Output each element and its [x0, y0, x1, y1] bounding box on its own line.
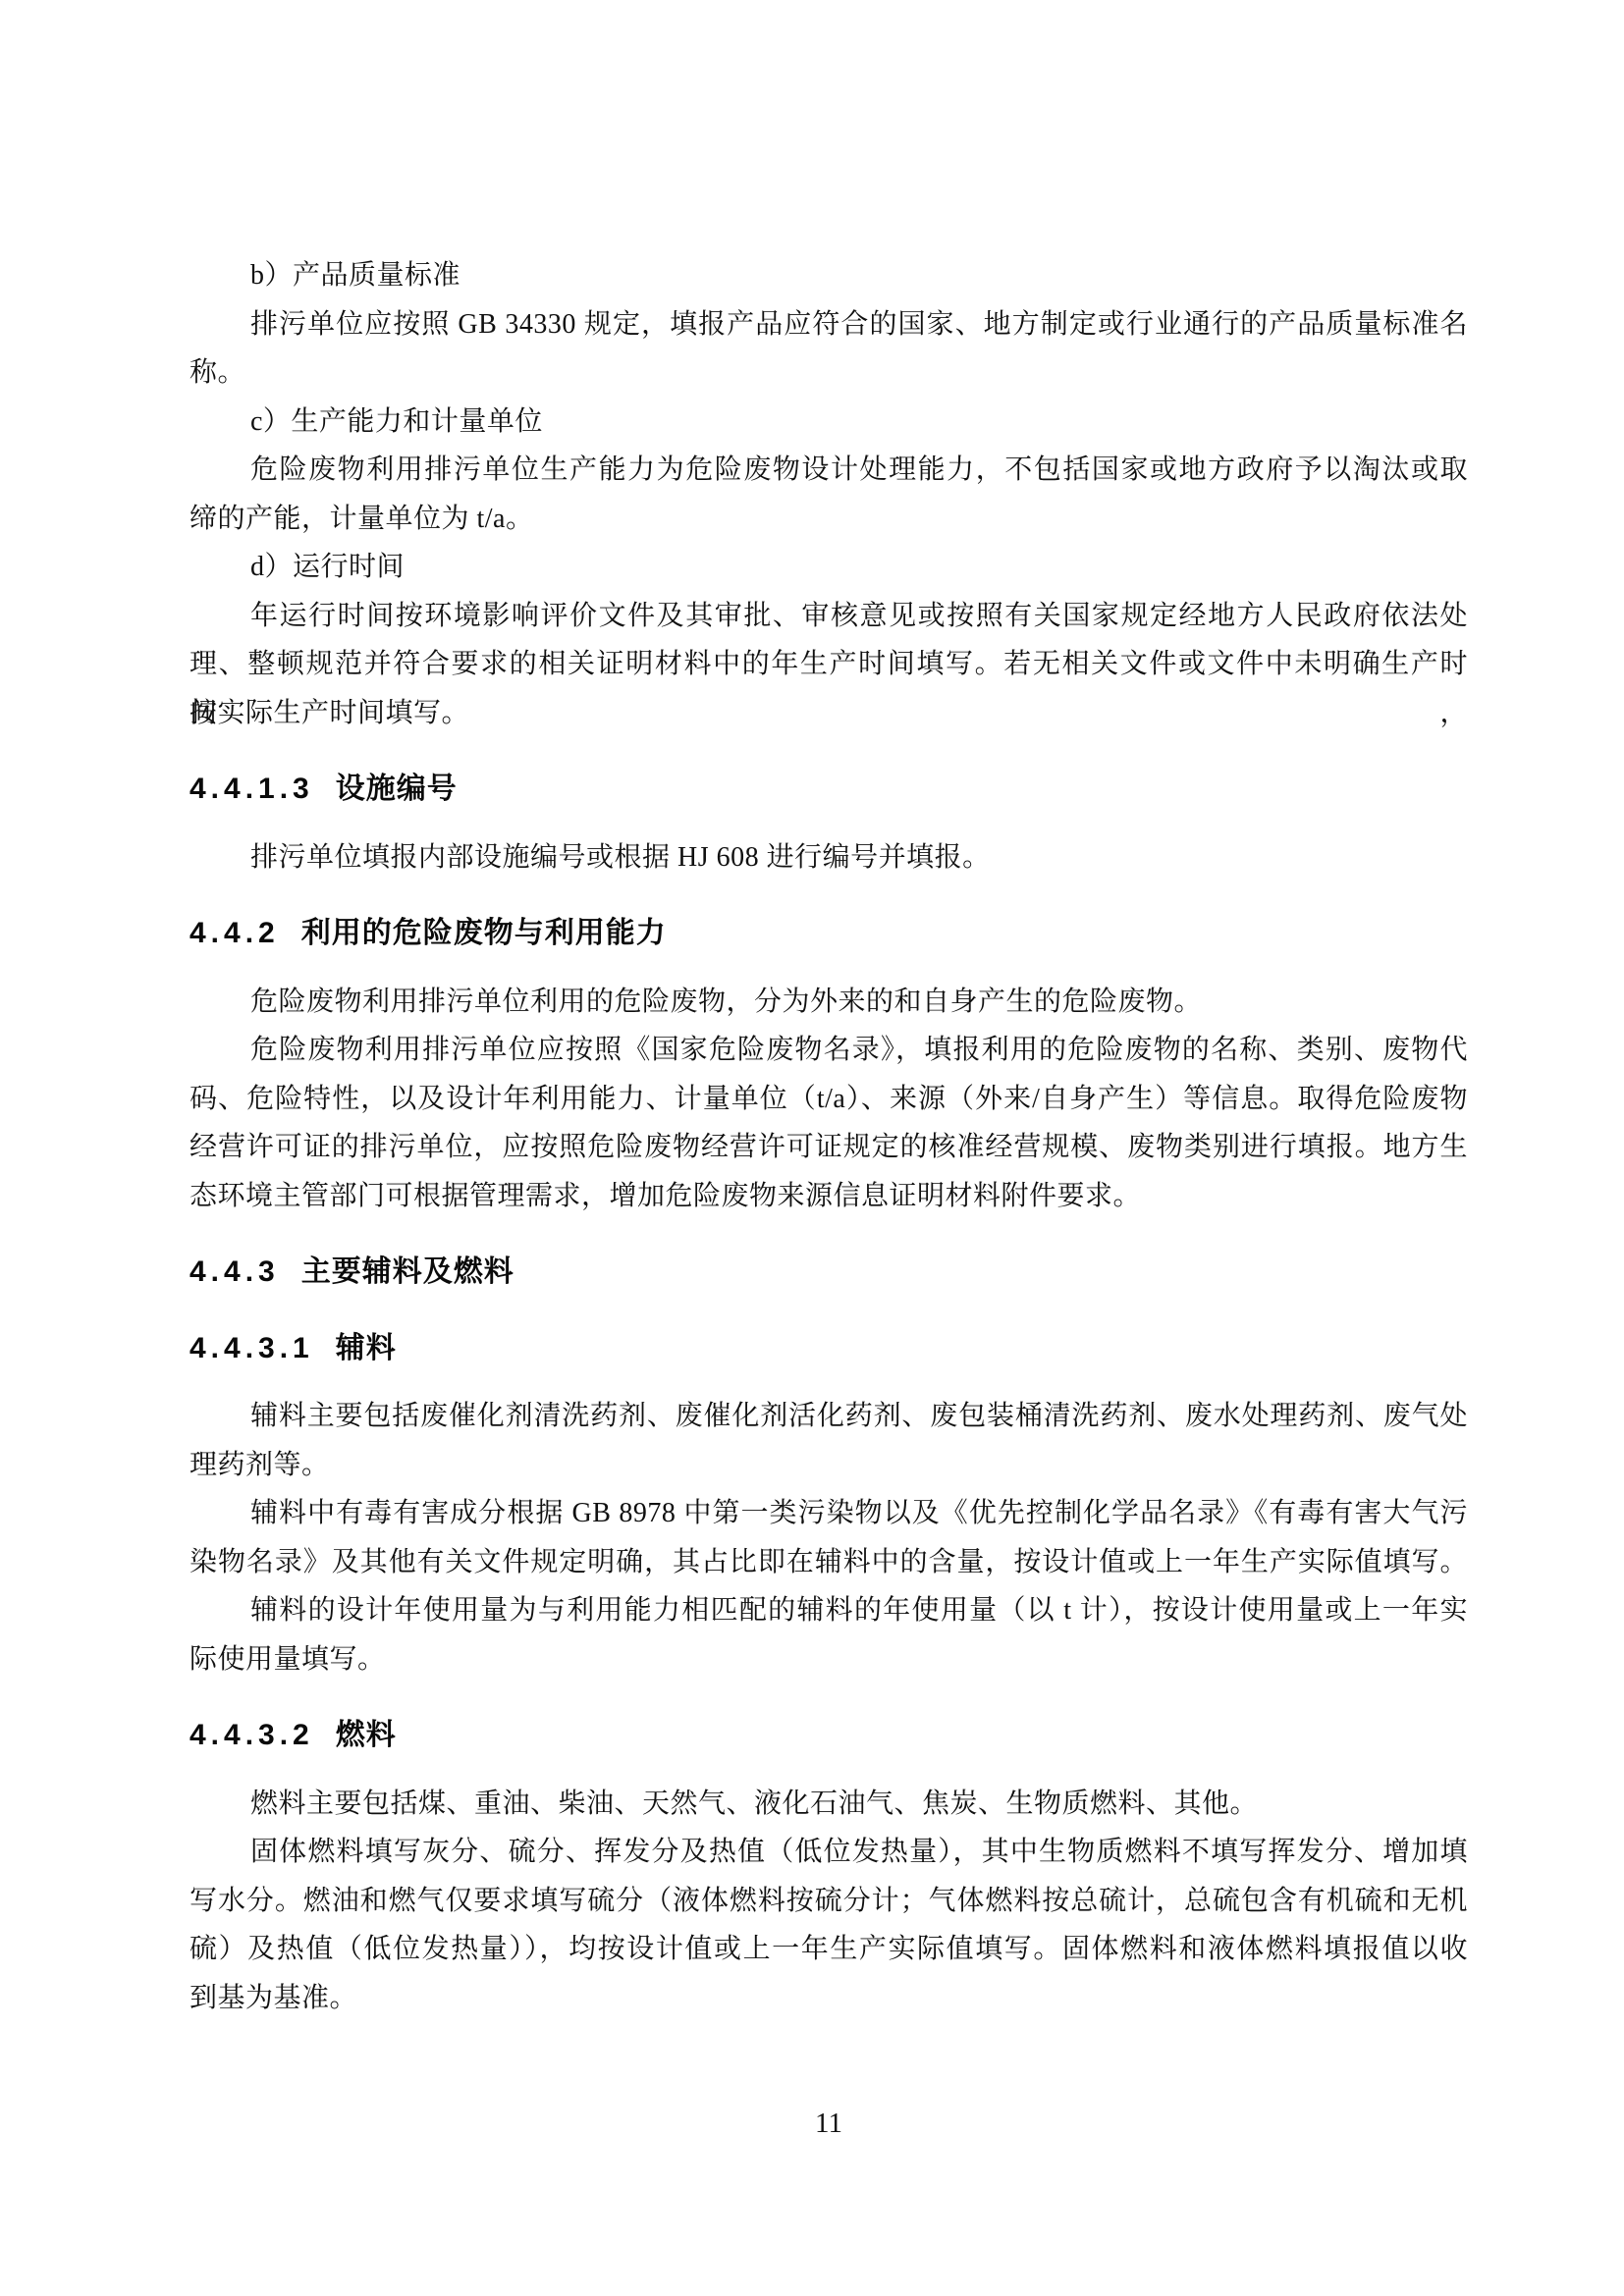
- text-line: 写水分。燃油和燃气仅要求填写硫分（液体燃料按硫分计；气体燃料按总硫计，总硫包含有…: [189, 1877, 1468, 1926]
- text-line: 排污单位填报内部设施编号或根据 HJ 608 进行编号并填报。: [189, 833, 1468, 882]
- document-page: b）产品质量标准排污单位应按照 GB 34330 规定，填报产品应符合的国家、地…: [0, 0, 1624, 2296]
- text-line: d）运行时间: [189, 543, 1468, 592]
- section-heading: 4.4.2利用的危险废物与利用能力: [189, 909, 1468, 958]
- text-line: 危险废物利用排污单位利用的危险废物，分为外来的和自身产生的危险废物。: [189, 978, 1468, 1027]
- section-heading: 4.4.1.3设施编号: [189, 765, 1468, 814]
- section-title: 利用的危险废物与利用能力: [301, 917, 667, 949]
- section-heading: 4.4.3.1辅料: [189, 1324, 1468, 1373]
- paragraph-group: 危险废物利用排污单位利用的危险废物，分为外来的和自身产生的危险废物。危险废物利用…: [189, 978, 1468, 1221]
- text-line: 危险废物利用排污单位生产能力为危险废物设计处理能力，不包括国家或地方政府予以淘汰…: [189, 446, 1468, 495]
- text-line: 缔的产能，计量单位为 t/a。: [189, 495, 1468, 544]
- section-title: 主要辅料及燃料: [301, 1255, 514, 1288]
- text-line: 码、危险特性，以及设计年利用能力、计量单位（t/a）、来源（外来/自身产生）等信…: [189, 1075, 1468, 1124]
- text-line: 燃料主要包括煤、重油、柴油、天然气、液化石油气、焦炭、生物质燃料、其他。: [189, 1780, 1468, 1829]
- section-title: 辅料: [336, 1332, 397, 1364]
- text-line: 危险废物利用排污单位应按照《国家危险废物名录》，填报利用的危险废物的名称、类别、…: [189, 1026, 1468, 1075]
- text-line: 际使用量填写。: [189, 1635, 1468, 1684]
- text-line: 态环境主管部门可根据管理需求，增加危险废物来源信息证明材料附件要求。: [189, 1172, 1468, 1221]
- text-line: 经营许可证的排污单位，应按照危险废物经营许可证规定的核准经营规模、废物类别进行填…: [189, 1123, 1468, 1172]
- text-line: 排污单位应按照 GB 34330 规定，填报产品应符合的国家、地方制定或行业通行…: [189, 300, 1468, 349]
- page-number: 11: [815, 2108, 842, 2139]
- text-line: 染物名录》及其他有关文件规定明确，其占比即在辅料中的含量，按设计值或上一年生产实…: [189, 1538, 1468, 1587]
- text-line: b）产品质量标准: [189, 251, 1468, 300]
- text-line: 理、整顿规范并符合要求的相关证明材料中的年生产时间填写。若无相关文件或文件中未明…: [189, 640, 1468, 689]
- section-number: 4.4.1.3: [189, 773, 314, 805]
- section-number: 4.4.3.1: [189, 1332, 314, 1364]
- text-line: 辅料主要包括废催化剂清洗药剂、废催化剂活化药剂、废包装桶清洗药剂、废水处理药剂、…: [189, 1392, 1468, 1441]
- section-number: 4.4.3.2: [189, 1719, 314, 1751]
- section-heading: 4.4.3主要辅料及燃料: [189, 1248, 1468, 1297]
- document-body: b）产品质量标准排污单位应按照 GB 34330 规定，填报产品应符合的国家、地…: [189, 251, 1468, 2022]
- paragraph-group: 辅料主要包括废催化剂清洗药剂、废催化剂活化药剂、废包装桶清洗药剂、废水处理药剂、…: [189, 1392, 1468, 1683]
- text-line: 理药剂等。: [189, 1441, 1468, 1490]
- paragraph-group: 燃料主要包括煤、重油、柴油、天然气、液化石油气、焦炭、生物质燃料、其他。固体燃料…: [189, 1780, 1468, 2023]
- text-line: 固体燃料填写灰分、硫分、挥发分及热值（低位发热量），其中生物质燃料不填写挥发分、…: [189, 1828, 1468, 1877]
- text-line: 到基为基准。: [189, 1974, 1468, 2023]
- section-number: 4.4.3: [189, 1255, 280, 1288]
- text-line: 称。: [189, 348, 1468, 398]
- section-number: 4.4.2: [189, 917, 280, 949]
- page-footer: 11: [189, 2107, 1468, 2140]
- text-line: c）生产能力和计量单位: [189, 398, 1468, 447]
- text-line: 硫）及热值（低位发热量）），均按设计值或上一年生产实际值填写。固体燃料和液体燃料…: [189, 1925, 1468, 1974]
- section-heading: 4.4.3.2燃料: [189, 1711, 1468, 1760]
- section-title: 设施编号: [336, 773, 458, 805]
- text-line: 辅料的设计年使用量为与利用能力相匹配的辅料的年使用量（以 t 计），按设计使用量…: [189, 1586, 1468, 1635]
- section-title: 燃料: [336, 1719, 397, 1751]
- paragraph-group: 排污单位填报内部设施编号或根据 HJ 608 进行编号并填报。: [189, 833, 1468, 882]
- paragraph-group: b）产品质量标准排污单位应按照 GB 34330 规定，填报产品应符合的国家、地…: [189, 251, 1468, 737]
- text-line: 辅料中有毒有害成分根据 GB 8978 中第一类污染物以及《优先控制化学品名录》…: [189, 1489, 1468, 1538]
- text-line: 年运行时间按环境影响评价文件及其审批、审核意见或按照有关国家规定经地方人民政府依…: [189, 592, 1468, 641]
